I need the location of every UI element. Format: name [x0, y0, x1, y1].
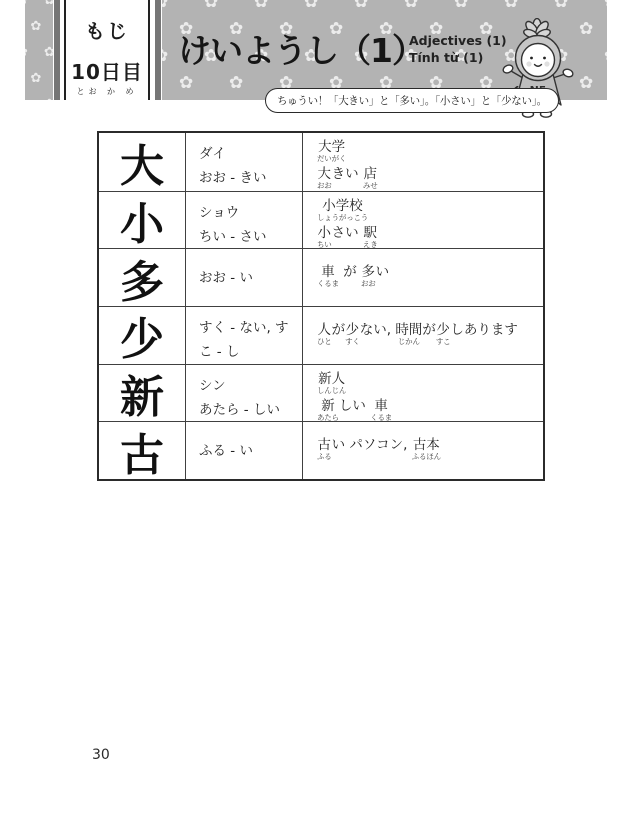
flower-icon: ✿ [31, 20, 42, 33]
flower-icon: ✿ [44, 0, 53, 7]
reading-line: ふる - い [199, 439, 298, 463]
flower-icon: ✿ [554, 0, 568, 11]
flower-icon: ✿ [504, 0, 518, 11]
readings-cell: ふる - い [185, 421, 302, 479]
flower-icon: ✿ [44, 46, 53, 59]
flower-icon: ✿ [25, 0, 28, 7]
right-divider-bar [155, 0, 161, 100]
kanji-cell: 多 [99, 248, 185, 306]
examples-cell: 新人しんじん新あたらしい 車くるま [302, 364, 543, 422]
subtitle-en: Adjectives (1) [409, 33, 507, 50]
kanji-table: 大ダイおお - きい大学だいがく大おおきい 店みせ小ショウちい - さい小学校し… [97, 131, 545, 481]
examples-cell: 人ひとが 少すくない, 時間じかんが 少すこしあります [302, 306, 543, 364]
reading-line: こ - し [199, 340, 298, 364]
flower-icon: ✿ [354, 0, 368, 11]
flower-icon: ✿ [25, 98, 28, 100]
example-line: 小学校しょうがっこう [317, 198, 539, 225]
flower-icon: ✿ [304, 0, 318, 11]
readings-cell: シンあたら - しい [185, 364, 302, 422]
flower-icon: ✿ [162, 48, 168, 65]
flower-icon: ✿ [204, 0, 218, 11]
example-line: 小ちいさい 駅えき [317, 225, 539, 249]
day-furigana: とお か め [66, 86, 148, 97]
reading-line: ショウ [199, 201, 298, 225]
flower-icon: ✿ [31, 72, 42, 85]
textbook-page: ✿✿✿✿✿✿✿✿✿✿ もじ 10日目 とお か め けいようし（1） Adjec… [0, 0, 634, 817]
flower-icon: ✿ [454, 0, 468, 11]
example-line: 大学だいがく [317, 139, 539, 166]
example-line: 古ふるい パソコン, 古本ふるほん [317, 437, 539, 464]
flower-icon: ✿ [179, 75, 193, 92]
examples-cell: 小学校しょうがっこう小ちいさい 駅えき [302, 191, 543, 249]
readings-cell: すく - ない, すこ - し [185, 306, 302, 364]
flower-icon: ✿ [404, 0, 418, 11]
left-divider-bar [54, 0, 60, 100]
readings-cell: ダイおお - きい [185, 133, 302, 191]
flower-icon: ✿ [604, 48, 607, 65]
example-line: 新人しんじん [317, 371, 539, 398]
subtitle-block: Adjectives (1) Tính từ (1) [409, 33, 507, 67]
flower-icon: ✿ [229, 75, 243, 92]
flower-icon: ✿ [162, 0, 168, 11]
kanji-cell: 大 [99, 133, 185, 191]
notice-bubble: ちゅうい！「大きい」と「多い」。「小さい」と「少ない」。 [265, 88, 559, 113]
flower-icon: ✿ [579, 21, 593, 38]
flower-icon: ✿ [579, 75, 593, 92]
flower-icon: ✿ [44, 98, 53, 100]
flower-icon: ✿ [604, 0, 607, 11]
reading-line: ちい - さい [199, 225, 298, 249]
example-line: 人ひとが 少すくない, 時間じかんが 少すこしあります [317, 322, 539, 349]
examples-cell: 古ふるい パソコン, 古本ふるほん [302, 421, 543, 479]
kanji-cell: 新 [99, 364, 185, 422]
examples-cell: 大学だいがく大おおきい 店みせ [302, 133, 543, 191]
subtitle-vi: Tính từ (1) [409, 50, 507, 67]
readings-cell: ショウちい - さい [185, 191, 302, 249]
kanji-cell: 少 [99, 306, 185, 364]
reading-line: すく - ない, す [199, 316, 298, 340]
day-box: もじ 10日目 とお か め [64, 0, 150, 100]
notice-text: ちゅうい！「大きい」と「多い」。「小さい」と「少ない」。 [277, 95, 547, 107]
section-label: もじ [66, 15, 148, 44]
flower-icon: ✿ [25, 46, 28, 59]
reading-line: ダイ [199, 142, 298, 166]
reading-line: おお - い [199, 266, 298, 290]
reading-line: おお - きい [199, 166, 298, 190]
example-line: 新あたらしい 車くるま [317, 398, 539, 422]
flower-icon: ✿ [254, 0, 268, 11]
examples-cell: 車くるま が 多おおい [302, 248, 543, 306]
kanji-cell: 小 [99, 191, 185, 249]
example-line: 車くるま が 多おおい [317, 264, 539, 291]
readings-cell: おお - い [185, 248, 302, 306]
kanji-cell: 古 [99, 421, 185, 479]
left-flower-strip: ✿✿✿✿✿✿✿✿✿✿ [25, 0, 53, 100]
day-label: 10日目 [66, 56, 148, 85]
example-line: 大おおきい 店みせ [317, 166, 539, 191]
page-title: けいようし（1） [178, 25, 424, 72]
reading-line: あたら - しい [199, 398, 298, 422]
page-number: 30 [92, 747, 110, 763]
reading-line: シン [199, 374, 298, 398]
